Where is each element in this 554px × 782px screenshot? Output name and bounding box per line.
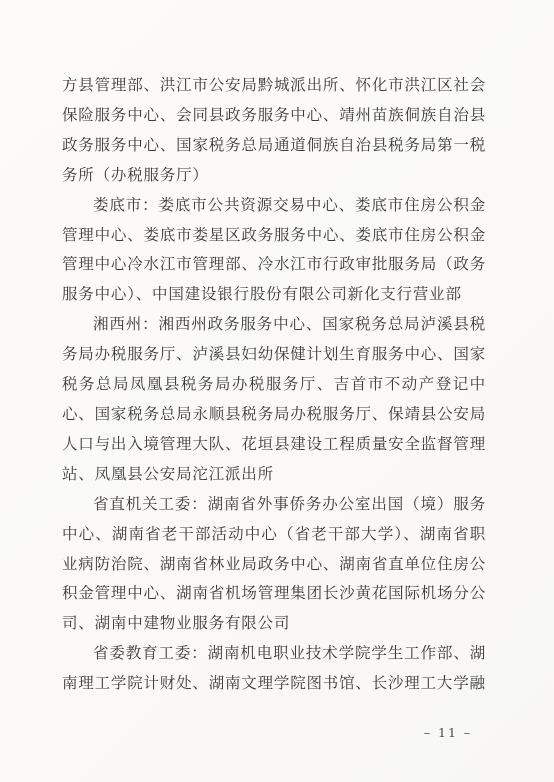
paragraph-provincial-organs-work-committee: 省直机关工委：湖南省外事侨务办公室出国（境）服务中心、湖南省老干部活动中心（省老… xyxy=(62,490,486,640)
paragraph-education-work-committee: 省委教育工委：湖南机电职业技术学院学生工作部、湖南理工学院计财处、湖南文理学院图… xyxy=(62,639,486,699)
paragraph-loudi-city: 娄底市：娄底市公共资源交易中心、娄底市住房公积金管理中心、娄底市娄星区政务服务中… xyxy=(62,191,486,311)
document-body: 方县管理部、洪江市公安局黔城派出所、怀化市洪江区社会保险服务中心、会同县政务服务… xyxy=(62,71,486,699)
paragraph-xiangxi-prefecture: 湘西州：湘西州政务服务中心、国家税务总局泸溪县税务局办税服务厅、泸溪县妇幼保健计… xyxy=(62,310,486,489)
page-number: – 11 – xyxy=(418,725,478,740)
paragraph-continued-huaihua-list: 方县管理部、洪江市公安局黔城派出所、怀化市洪江区社会保险服务中心、会同县政务服务… xyxy=(62,71,486,191)
document-page: 方县管理部、洪江市公安局黔城派出所、怀化市洪江区社会保险服务中心、会同县政务服务… xyxy=(0,0,554,782)
